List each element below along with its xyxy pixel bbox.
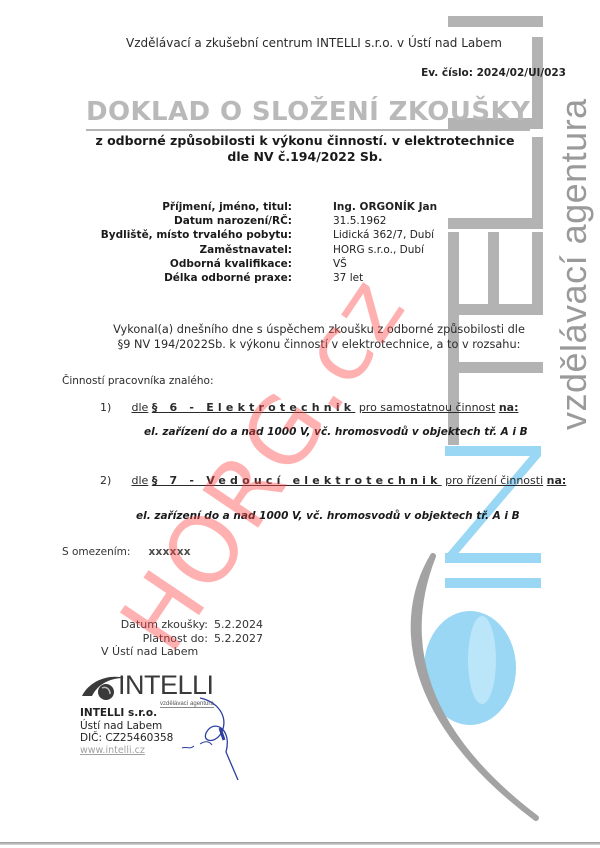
activity-suffix: na: [499,401,519,414]
info-label: Bydliště, místo trvalého pobytu: [101,228,292,242]
exam-date-row: Datum zkoušky:5.2.2024 [90,618,263,632]
info-value: 37 let [333,271,363,285]
info-row-name: Příjmení, jméno, titul: Ing. ORGONÍK Jan [0,200,600,214]
validity-date-row: Platnost do:5.2.2027 [90,632,263,646]
activity-purpose: pro řízení činnosti [445,474,543,487]
info-row-practice: Délka odborné praxe: 37 let [0,271,600,285]
statement-line-2: §9 NV 194/2022Sb. k výkonu činností v el… [38,337,600,352]
activity-1: 1) dle § 6 - Elektrotechnik pro samostat… [100,401,518,414]
side-tagline: vzdělávací agentura [553,98,595,430]
date-label: Datum zkoušky: [90,618,208,632]
issuer-organization: Vzdělávací a zkušební centrum INTELLI s.… [0,36,600,50]
activity-prefix: dle [132,401,149,414]
info-label: Příjmení, jméno, titul: [162,200,292,214]
info-label: Délka odborné praxe: [164,271,292,285]
activity-prefix: dle [132,474,149,487]
page-bottom-edge [0,842,600,845]
evidence-number: Ev. číslo: 2024/02/Ul/023 [421,67,566,79]
activity-1-scope: el. zařízení do a nad 1000 V, vč. hromos… [144,426,528,438]
date-value: 5.2.2027 [214,632,263,645]
restriction-label: S omezením: [62,546,130,558]
activity-purpose: pro samostatnou činnost [359,401,496,414]
info-row-employer: Zaměstnavatel: HORG s.r.o., Dubí [0,243,600,257]
info-value: Lidická 362/7, Dubí [333,228,434,242]
issue-place: V Ústí nad Labem [101,645,198,658]
exam-dates: Datum zkoušky:5.2.2024 Platnost do:5.2.2… [90,618,263,645]
document-subtitle: z odborné způsobilosti k výkonu činností… [0,133,600,165]
info-row-qualification: Odborná kvalifikace: VŠ [0,257,600,271]
info-row-address: Bydliště, místo trvalého pobytu: Lidická… [0,228,600,242]
statement-line-1: Vykonal(a) dnešního dne s úspěchem zkouš… [38,322,600,337]
activity-suffix: na: [547,474,567,487]
activity-number: 1) [100,401,128,414]
signature [160,690,270,785]
activity-section: § 7 - Vedoucí elektrotechnik [152,474,442,487]
info-value: HORG s.r.o., Dubí [333,243,424,257]
activity-2-scope: el. zařízení do a nad 1000 V, vč. hromos… [136,510,520,522]
document-title: DOKLAD O SLOŽENÍ ZKOUŠKY [86,97,530,127]
info-value: Ing. ORGONÍK Jan [333,200,437,214]
subtitle-line-2: dle NV č.194/2022 Sb. [10,149,600,165]
activities-label: Činností pracovníka znalého: [62,375,214,387]
date-label: Platnost do: [90,632,208,646]
info-row-birthdate: Datum narození/RČ: 31.5.1962 [0,214,600,228]
activity-section: § 6 - Elektrotechnik [152,401,356,414]
info-label: Datum narození/RČ: [174,214,292,228]
date-value: 5.2.2024 [214,618,263,631]
info-value: 31.5.1962 [333,214,386,228]
exam-statement: Vykonal(a) dnešního dne s úspěchem zkouš… [0,322,600,352]
activity-number: 2) [100,474,128,487]
info-label: Odborná kvalifikace: [170,257,292,271]
title-underline [86,129,530,131]
restriction: S omezením:xxxxxx [62,546,191,558]
activity-2: 2) dle § 7 - Vedoucí elektrotechnik pro … [100,474,566,487]
subtitle-line-1: z odborné způsobilosti k výkonu činností… [10,133,600,149]
person-info: Příjmení, jméno, titul: Ing. ORGONÍK Jan… [0,200,600,285]
restriction-value: xxxxxx [148,546,190,558]
info-label: Zaměstnavatel: [200,243,292,257]
info-value: VŠ [333,257,347,271]
